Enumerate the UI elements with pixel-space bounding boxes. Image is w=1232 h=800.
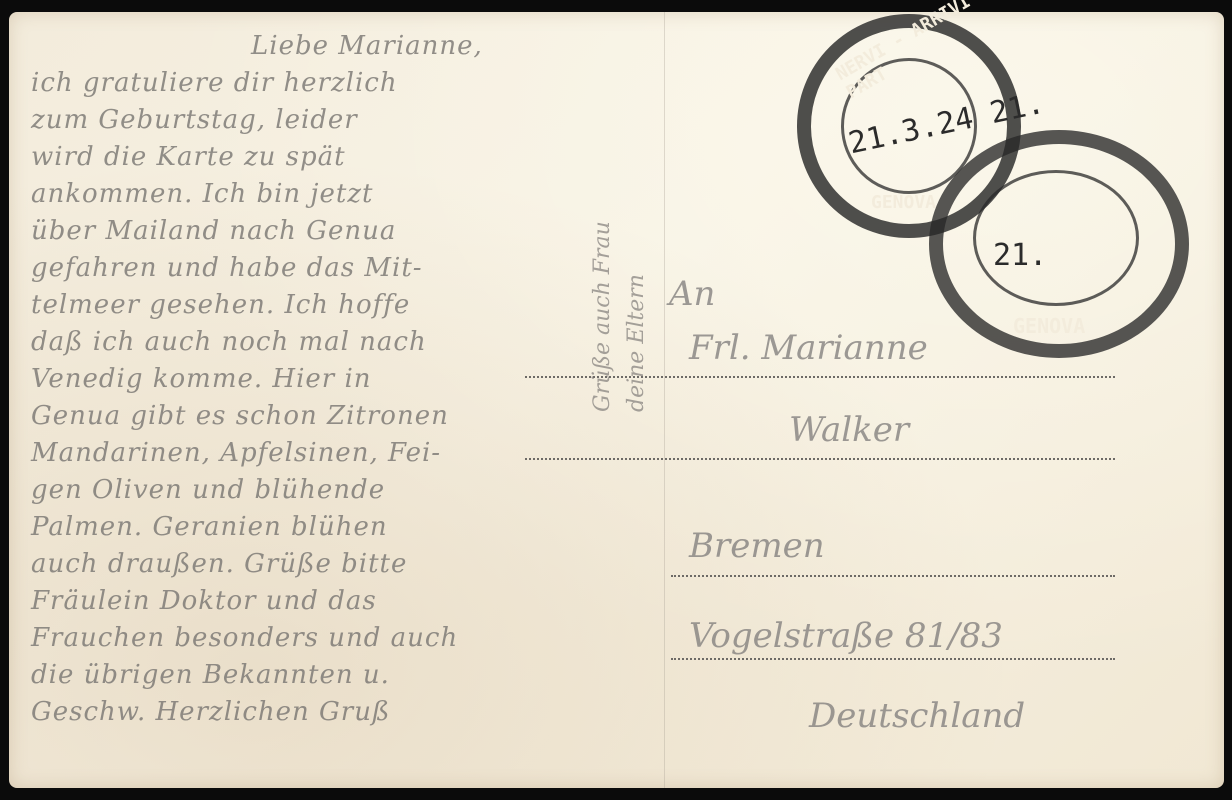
message-line: Geschw. Herzlichen Gruß xyxy=(31,694,671,731)
message-line: über Mailand nach Genua xyxy=(31,213,671,250)
postmark-location: GENOVA xyxy=(1013,314,1085,338)
address-country: Deutschland xyxy=(809,696,1025,736)
address-prefix: An xyxy=(669,274,715,314)
message-line: gen Oliven und blühende xyxy=(31,472,671,509)
postmark-stamp: 21. GENOVA xyxy=(929,130,1189,358)
address-dotted-line xyxy=(525,376,1115,378)
message-line: Fräulein Doktor und das xyxy=(31,583,671,620)
address-name: Frl. Marianne xyxy=(689,328,928,368)
message-line: zum Geburtstag, leider xyxy=(31,102,671,139)
message-line: auch draußen. Grüße bitte xyxy=(31,546,671,583)
address-dotted-line xyxy=(525,458,1115,460)
postmark-date: 21. xyxy=(993,238,1047,273)
handwritten-message: Liebe Marianne, ich gratuliere dir herzl… xyxy=(31,28,671,731)
address-street: Vogelstraße 81/83 xyxy=(689,616,1003,656)
address-dotted-line xyxy=(671,658,1115,660)
side-note-line: deine Eltern xyxy=(624,274,649,412)
postmark-location: GENOVA xyxy=(871,192,936,213)
message-line: daß ich auch noch mal nach xyxy=(31,324,671,361)
vertical-side-note: Grüße auch Frau deine Eltern xyxy=(584,32,674,412)
message-salutation: Liebe Marianne, xyxy=(31,28,671,65)
message-line: Palmen. Geranien blühen xyxy=(31,509,671,546)
message-line: Mandarinen, Apfelsinen, Fei- xyxy=(31,435,671,472)
message-line: gefahren und habe das Mit- xyxy=(31,250,671,287)
message-line: Venedig komme. Hier in xyxy=(31,361,671,398)
message-line: telmeer gesehen. Ich hoffe xyxy=(31,287,671,324)
address-surname: Walker xyxy=(789,410,909,450)
address-city: Bremen xyxy=(689,526,825,566)
message-line: Genua gibt es schon Zitronen xyxy=(31,398,671,435)
postcard-back: Liebe Marianne, ich gratuliere dir herzl… xyxy=(9,12,1224,788)
message-line: Frauchen besonders und auch xyxy=(31,620,671,657)
address-dotted-line xyxy=(671,575,1115,577)
message-line: die übrigen Bekannten u. xyxy=(31,657,671,694)
message-line: wird die Karte zu spät xyxy=(31,139,671,176)
side-note-line: Grüße auch Frau xyxy=(590,221,615,412)
message-line: ankommen. Ich bin jetzt xyxy=(31,176,671,213)
message-line: ich gratuliere dir herzlich xyxy=(31,65,671,102)
